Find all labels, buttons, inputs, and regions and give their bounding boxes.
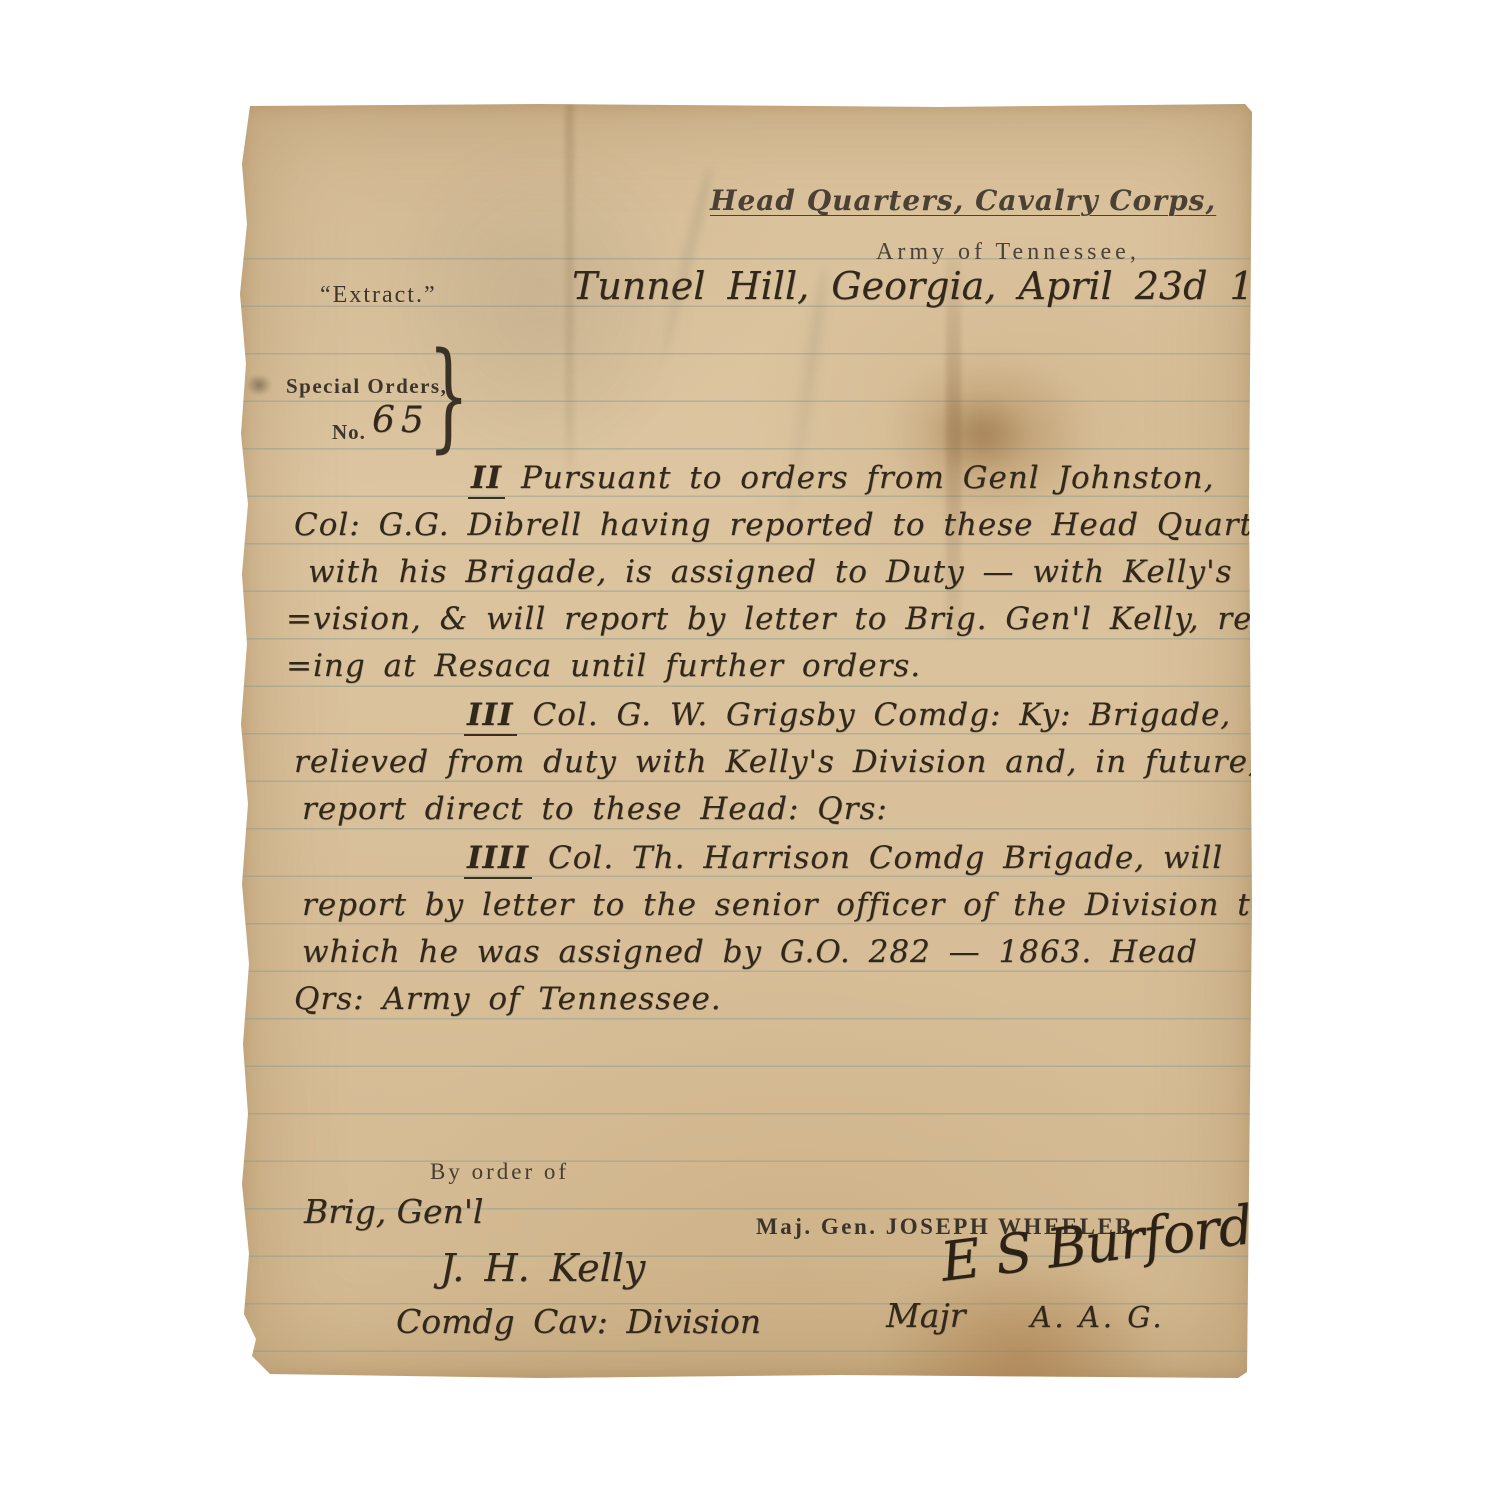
body-line: IIIICol. Th. Harrison Comdg Brigade, wil… [464, 840, 1223, 876]
body-line-text: Col: G.G. Dibrell having reported to the… [294, 507, 1252, 543]
body-line-text: with his Brigade, is assigned to Duty — … [308, 554, 1252, 590]
paragraph-numeral: IIII [464, 840, 532, 879]
body-line-text: =vision, & will report by letter to Brig… [286, 601, 1252, 637]
burford-title-line: Majr A. A. G. [886, 1296, 1165, 1335]
body-line: which he was assigned by G.O. 282 — 1863… [302, 934, 1198, 970]
body-line: Qrs: Army of Tennessee. [294, 981, 722, 1017]
order-number: 65 [372, 400, 430, 441]
kelly-title-line: Comdg Cav: Division [396, 1302, 761, 1341]
body-line-text: Qrs: Army of Tennessee. [294, 981, 722, 1017]
body-line: =vision, & will report by letter to Brig… [286, 601, 1252, 637]
order-number-label: No. [332, 420, 366, 445]
brig-genl-line: Brig, Gen'l [304, 1192, 483, 1231]
body-line: report by letter to the senior officer o… [302, 887, 1252, 923]
body-line-text: report by letter to the senior officer o… [302, 887, 1252, 923]
letterhead-line-2: Army of Tennessee, [876, 239, 1140, 266]
body-line: relieved from duty with Kelly's Division… [294, 744, 1252, 780]
special-orders-label: Special Orders, [286, 374, 447, 399]
paragraph-numeral: III [464, 697, 517, 736]
body-line-text: =ing at Resaca until further orders. [286, 648, 921, 684]
body-line: with his Brigade, is assigned to Duty — … [308, 554, 1252, 590]
dateline: Tunnel Hill, Georgia, April 23d 1864 [572, 264, 1252, 308]
kelly-signature: J. H. Kelly [440, 1246, 645, 1290]
body-line-text: which he was assigned by G.O. 282 — 1863… [302, 934, 1198, 970]
body-line-text: Col. G. W. Grigsby Comdg: Ky: Brigade, i… [533, 697, 1252, 733]
scan-background: Head Quarters, Cavalry Corps, Army of Te… [0, 0, 1500, 1500]
document-scan: Head Quarters, Cavalry Corps, Army of Te… [240, 104, 1252, 1378]
paragraph-numeral: II [468, 460, 505, 499]
burford-aag: A. A. G. [1030, 1300, 1164, 1334]
body-line: IIICol. G. W. Grigsby Comdg: Ky: Brigade… [464, 697, 1252, 733]
by-order-of-label: By order of [430, 1159, 569, 1185]
letterhead-line-1: Head Quarters, Cavalry Corps, [710, 184, 1216, 217]
order-number-brace: } [428, 326, 469, 464]
body-line-text: relieved from duty with Kelly's Division… [294, 744, 1252, 780]
body-line-text: report direct to these Head: Qrs: [302, 791, 888, 827]
body-line: report direct to these Head: Qrs: [302, 791, 888, 827]
body-line: IIPursuant to orders from Genl Johnston, [468, 460, 1214, 496]
body-line: Col: G.G. Dibrell having reported to the… [294, 507, 1252, 543]
body-line: =ing at Resaca until further orders. [286, 648, 921, 684]
extract-label: “Extract.” [320, 282, 437, 309]
burford-signature: E S Burford [937, 1193, 1252, 1294]
edge-speck [246, 374, 272, 396]
body-line-text: Col. Th. Harrison Comdg Brigade, will [548, 840, 1223, 876]
body-line-text: Pursuant to orders from Genl Johnston, [521, 460, 1214, 496]
burford-rank: Majr [886, 1296, 965, 1335]
